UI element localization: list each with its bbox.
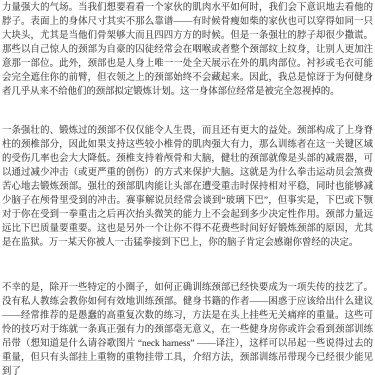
paragraph-1: 力量强大的气场。当我们想要看看一个家伙的肌肉水平如何时，我们会下意识地去看他的脖… [2,1,373,99]
ebook-text-page: 力量强大的气场。当我们想要看看一个家伙的肌肉水平如何时，我们会下意识地去看他的脖… [0,0,375,375]
paragraph-3: 不幸的是，除开一些特定的小圈子，如何正确训练颈部已经快要成为一项失传的技艺了。没… [2,281,373,375]
paragraph-2: 一条强壮的、锻炼过的颈部不仅仅能令人生畏，而且还有更大的益处。颈部构成了上身脊柱… [2,124,373,250]
